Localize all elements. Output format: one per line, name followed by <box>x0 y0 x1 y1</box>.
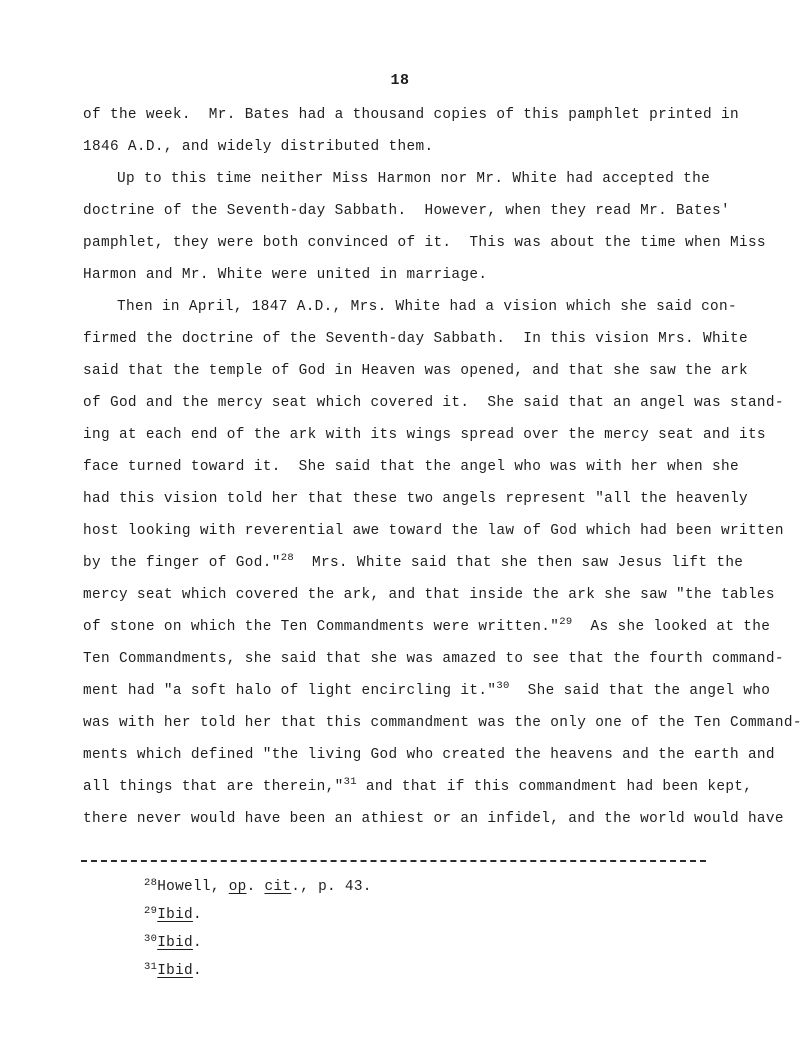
footnote-separator <box>81 860 706 862</box>
text-line: face turned toward it. She said that the… <box>83 458 739 476</box>
document-page: 18 of the week. Mr. Bates had a thousand… <box>0 0 800 1050</box>
footnote-29: 29Ibid. <box>144 906 202 924</box>
footnote-reference: 28 <box>281 552 294 564</box>
text-line: mercy seat which covered the ark, and th… <box>83 586 775 604</box>
text-line: there never would have been an athiest o… <box>83 810 784 828</box>
page-number: 18 <box>0 72 800 89</box>
text-line: Up to this time neither Miss Harmon nor … <box>117 170 710 188</box>
text-line: was with her told her that this commandm… <box>83 714 800 732</box>
footnote-30: 30Ibid. <box>144 934 202 952</box>
text-line: of stone on which the Ten Commandments w… <box>83 618 770 636</box>
text-line: Harmon and Mr. White were united in marr… <box>83 266 487 284</box>
footnote-28: 28Howell, op. cit., p. 43. <box>144 878 372 896</box>
text-line: had this vision told her that these two … <box>83 490 748 508</box>
text-line: by the finger of God."28 Mrs. White said… <box>83 554 743 572</box>
text-line: ment had "a soft halo of light encirclin… <box>83 682 770 700</box>
footnote-reference: 30 <box>496 680 509 692</box>
footnote-reference: 29 <box>559 616 572 628</box>
text-line: pamphlet, they were both convinced of it… <box>83 234 766 252</box>
text-line: ments which defined "the living God who … <box>83 746 775 764</box>
text-line: all things that are therein,"31 and that… <box>83 778 752 796</box>
text-line: of God and the mercy seat which covered … <box>83 394 784 412</box>
text-line: ing at each end of the ark with its wing… <box>83 426 766 444</box>
footnote-31: 31Ibid. <box>144 962 202 980</box>
text-line: Ten Commandments, she said that she was … <box>83 650 784 668</box>
text-line: 1846 A.D., and widely distributed them. <box>83 138 433 156</box>
text-line: said that the temple of God in Heaven wa… <box>83 362 748 380</box>
text-line: firmed the doctrine of the Seventh-day S… <box>83 330 748 348</box>
text-line: Then in April, 1847 A.D., Mrs. White had… <box>117 298 737 316</box>
footnote-reference: 31 <box>344 776 357 788</box>
text-line: host looking with reverential awe toward… <box>83 522 784 540</box>
text-line: of the week. Mr. Bates had a thousand co… <box>83 106 739 124</box>
text-line: doctrine of the Seventh-day Sabbath. How… <box>83 202 730 220</box>
